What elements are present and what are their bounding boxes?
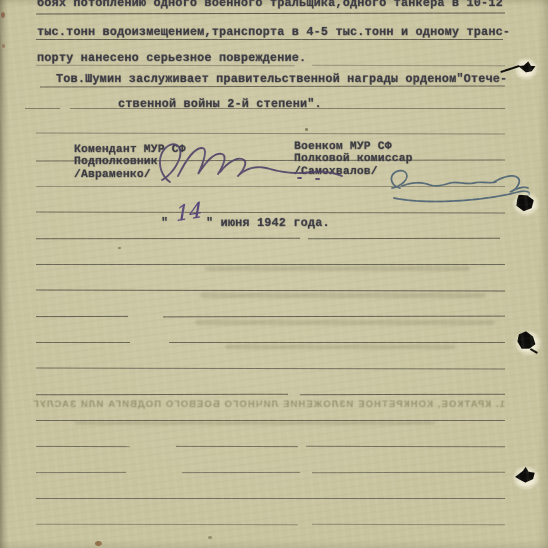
bleedthrough-smudge <box>225 345 455 349</box>
ruled-line <box>36 472 126 473</box>
ruled-line <box>312 472 505 473</box>
bleedthrough-smudge <box>75 421 435 425</box>
signature-block-right: Военком МУР СФ Полковой комиссар /Самохв… <box>294 141 413 178</box>
ruled-line <box>36 13 505 15</box>
signature-right-name: /Самохвалов/ <box>294 166 413 178</box>
torn-hole <box>506 460 548 496</box>
ruled-line <box>36 238 300 240</box>
ruled-line <box>36 498 505 499</box>
paper-speck <box>2 44 5 48</box>
ruled-line <box>36 342 130 343</box>
body-line-2: тыс.тонн водоизмещением,транспорта в 4-5… <box>37 25 510 39</box>
ruled-line <box>36 368 505 370</box>
handwritten-day: 14 <box>176 198 203 226</box>
date-rest: " июня 1942 года. <box>206 216 330 230</box>
ruled-line <box>36 524 298 526</box>
bleedthrough-heading: 1. КРАТКОЕ, КОНКРЕТНОЕ ИЗЛОЖЕНИЕ ЛИЧНОГО… <box>40 399 505 410</box>
signature-right-title: Военком МУР СФ <box>294 141 413 153</box>
paper-speck <box>1 12 5 18</box>
signature-block-left: Комендант МУР СФ Подполковник /Авраменко… <box>74 144 186 181</box>
ruled-line <box>312 524 505 525</box>
body-line-5: ственной войны 2-й степени". <box>118 97 322 111</box>
ruled-line <box>36 133 505 135</box>
ruled-line <box>36 394 288 396</box>
paper-speck <box>208 536 212 539</box>
signature-left-rank: Подполковник <box>74 156 186 168</box>
signature-left-title: Комендант МУР СФ <box>74 144 186 156</box>
ruled-line <box>308 238 500 239</box>
ruled-line <box>176 446 298 447</box>
ruled-line <box>25 108 60 109</box>
ruled-line <box>36 316 128 317</box>
bleedthrough-smudge <box>195 320 495 325</box>
scanned-document-page: 1. КРАТКОЕ, КОНКРЕТНОЕ ИЗЛОЖЕНИЕ ЛИЧНОГО… <box>0 0 548 548</box>
ruled-line <box>36 212 505 214</box>
body-line-3: порту нанесено серьезное повреждение. <box>37 51 306 65</box>
torn-hole-ink-blot <box>494 52 544 86</box>
ruled-line <box>36 186 505 187</box>
ruled-line <box>300 394 505 395</box>
signature-left-name: /Авраменко/ <box>74 169 186 181</box>
body-line-1: боях потоплению одного военного тральщик… <box>37 0 503 10</box>
date-open-quote: " <box>161 216 168 230</box>
ruled-line <box>182 472 300 473</box>
signature-right-rank: Полковой комиссар <box>294 153 413 165</box>
ruled-line <box>312 65 505 66</box>
bleedthrough-smudge <box>200 293 485 298</box>
torn-hole <box>506 186 546 222</box>
torn-hole <box>508 324 548 362</box>
ruled-line <box>169 342 505 343</box>
ruled-line <box>36 39 503 40</box>
ruled-line <box>36 264 505 265</box>
paper-speck <box>95 541 102 546</box>
ruled-line <box>36 446 130 447</box>
body-line-4: Тов.Шумин заслуживает правительственной … <box>56 72 507 86</box>
ruled-line <box>306 446 505 447</box>
paper-speck <box>118 247 121 249</box>
ruled-line <box>36 290 505 292</box>
paper-speck <box>305 128 308 131</box>
ruled-line <box>163 316 505 318</box>
bleedthrough-smudge <box>205 266 470 271</box>
